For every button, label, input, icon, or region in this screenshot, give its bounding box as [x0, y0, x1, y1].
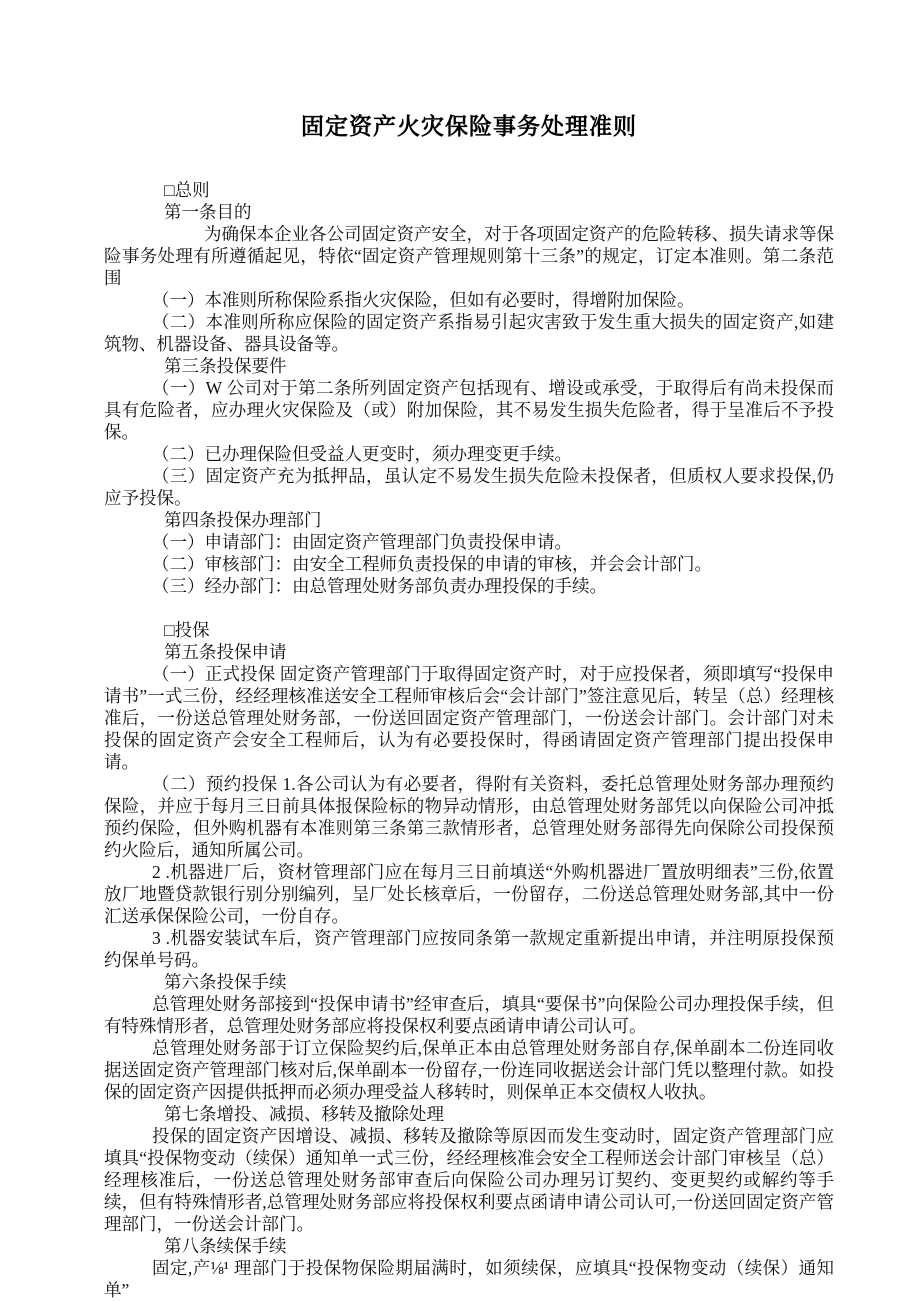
clause-8-body: 固定,产⅛¹ 理部门于投保物保险期届满时，如须续保，应填具“投保物变动（续保）通… — [104, 1257, 834, 1301]
clause-5-item-1: （一）正式投保 固定资产管理部门于取得固定资产时，对于应投保者，须即填写“投保申… — [104, 663, 834, 773]
clause-4-item-3: （三）经办部门：由总管理处财务部负责办理投保的手续。 — [104, 575, 834, 597]
clause-5-item-2-sub-2: 2 .机器进厂后，资材管理部门应在每月三日前填送“外购机器进厂置放明细表”三份,… — [104, 861, 834, 927]
clause-5-item-2: （二）预约投保 1.各公司认为有必要者，得附有关资料，委托总管理处财务部办理预约… — [104, 773, 834, 861]
clause-2-item-1: （一）本准则所称保险系指火灾保险，但如有必要时，得增附加保险。 — [104, 289, 834, 311]
clause-3-heading: 第三条投保要件 — [104, 355, 834, 377]
clause-3-item-2: （二）已办理保险但受益人更变时，须办理变更手续。 — [104, 443, 834, 465]
clause-6-body-2: 总管理处财务部于订立保险契约后,保单正本由总管理处财务部自存,保单副本二份连同收… — [104, 1037, 834, 1103]
clause-4-heading: 第四条投保办理部门 — [104, 509, 834, 531]
clause-2-item-2: （二）本准则所称应保险的固定资产系指易引起灾害致于发生重大损失的固定资产,如建筑… — [104, 311, 834, 355]
section-heading-insurance: □投保 — [104, 619, 834, 641]
section-heading-general: □总则 — [104, 179, 834, 201]
clause-4-item-2: （二）审核部门：由安全工程师负责投保的申请的审核，并会会计部门。 — [104, 553, 834, 575]
clause-7-heading: 第七条增投、减损、移转及撤除处理 — [104, 1103, 834, 1125]
clause-5-heading: 第五条投保申请 — [104, 641, 834, 663]
clause-3-item-3: （三）固定资产充为抵押品，虽认定不易发生损失危险未投保者，但质权人要求投保,仍应… — [104, 465, 834, 509]
clause-1-body: 为确保本企业各公司固定资产安全，对于各项固定资产的危险转移、损失请求等保险事务处… — [104, 223, 834, 289]
clause-7-body: 投保的固定资产因增设、减损、移转及撤除等原因而发生变动时，固定资产管理部门应填具… — [104, 1125, 834, 1235]
clause-1-heading: 第一条目的 — [104, 201, 834, 223]
clause-5-item-2-sub-3: 3 .机器安装试车后，资产管理部门应按同条第一款规定重新提出申请，并注明原投保预… — [104, 927, 834, 971]
document-body: □总则 第一条目的 为确保本企业各公司固定资产安全，对于各项固定资产的危险转移、… — [104, 179, 834, 1301]
document-page: 固定资产火灾保险事务处理准则 □总则 第一条目的 为确保本企业各公司固定资产安全… — [104, 108, 834, 1301]
document-title: 固定资产火灾保险事务处理准则 — [104, 108, 834, 141]
clause-8-heading: 第八条续保手续 — [104, 1235, 834, 1257]
clause-4-item-1: （一）申请部门：由固定资产管理部门负责投保申请。 — [104, 531, 834, 553]
clause-6-heading: 第六条投保手续 — [104, 971, 834, 993]
clause-6-body-1: 总管理处财务部接到“投保申请书”经审查后，填具“要保书”向保险公司办理投保手续，… — [104, 993, 834, 1037]
clause-3-item-1: （一）W 公司对于第二条所列固定资产包括现有、增设或承受，于取得后有尚未投保而具… — [104, 377, 834, 443]
